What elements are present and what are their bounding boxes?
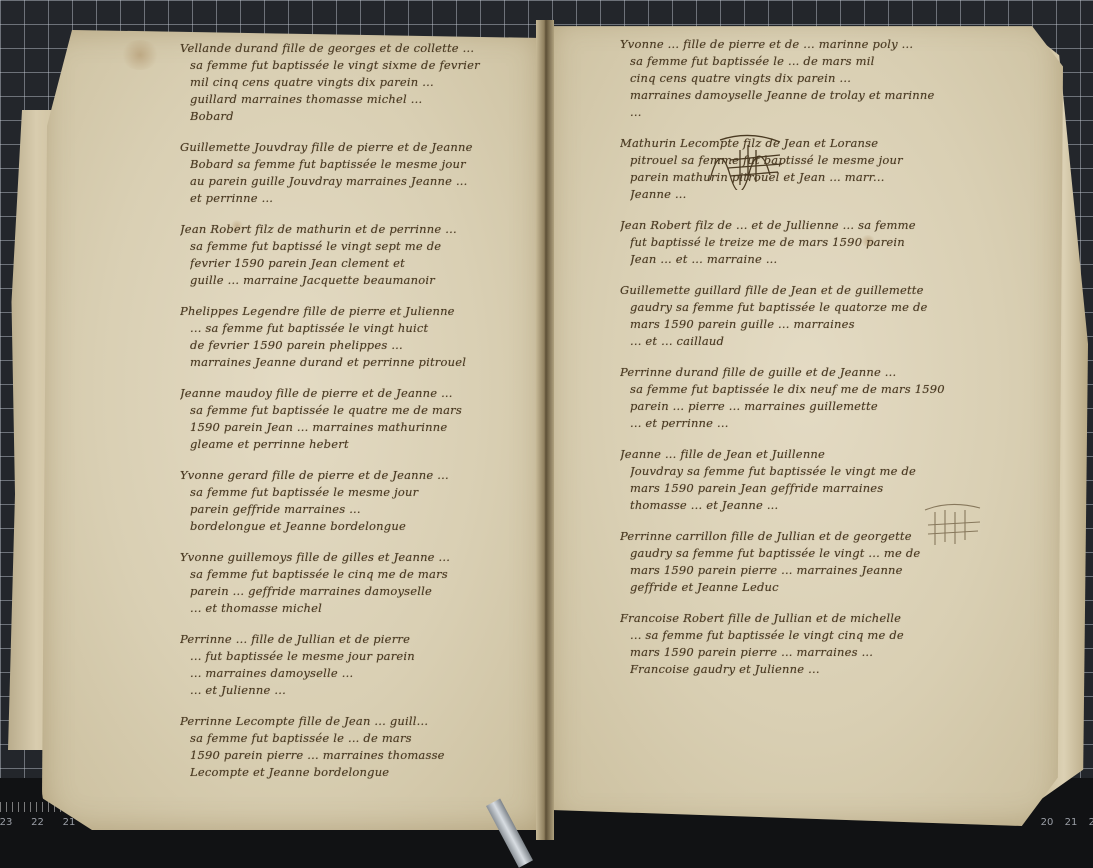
handwritten-line: parein geffride marraines ... [190,501,540,518]
handwritten-line: et perrinne ... [190,190,540,207]
baptism-entry: Jean Robert filz de mathurin et de perri… [190,221,540,289]
handwritten-line: Perrinne durand fille de guille et de Je… [620,364,1040,381]
paper-stain [120,40,160,70]
handwritten-line: Jeanne ... [630,186,1040,203]
handwritten-line: guille ... marraine Jacquette beaumanoir [190,272,540,289]
handwritten-line: sa femme fut baptissé le vingt sept me d… [190,238,540,255]
handwritten-line: Jean ... et ... marraine ... [630,251,1040,268]
baptism-entry: Phelippes Legendre fille de pierre et Ju… [190,303,540,371]
handwritten-line: sa femme fut baptissée le quatre me de m… [190,402,540,419]
handwritten-line: Jeanne maudoy fille de pierre et de Jean… [180,385,540,402]
right-page-entries: Yvonne ... fille de pierre et de ... mar… [630,36,1040,692]
handwritten-line: Jean Robert filz de mathurin et de perri… [180,221,540,238]
handwritten-line: gleame et perrinne hebert [190,436,540,453]
handwritten-line: sa femme fut baptissée le ... de mars mi… [630,53,1040,70]
baptism-entry: Perrinne Lecompte fille de Jean ... guil… [190,713,540,781]
handwritten-line: ... sa femme fut baptissée le vingt huic… [190,320,540,337]
handwritten-line: Yvonne gerard fille de pierre et de Jean… [180,467,540,484]
handwritten-line: ... et ... caillaud [630,333,1040,350]
handwritten-line: cinq cens quatre vingts dix parein ... [630,70,1040,87]
handwritten-line: Jean Robert filz de ... et de Jullienne … [620,217,1040,234]
baptism-entry: Yvonne ... fille de pierre et de ... mar… [630,36,1040,121]
handwritten-line: ... et thomasse michel [190,600,540,617]
baptism-entry: Perrinne ... fille de Jullian et de pier… [190,631,540,699]
handwritten-line: pitrouel sa femme fut baptissé le mesme … [630,152,1040,169]
handwritten-line: mars 1590 parein Jean geffride marraines [630,480,1040,497]
handwritten-line: Francoise gaudry et Julienne ... [630,661,1040,678]
handwritten-line: Jeanne ... fille de Jean et Juillenne [620,446,1040,463]
handwritten-line: sa femme fut baptissée le cinq me de mar… [190,566,540,583]
handwritten-line: mars 1590 parein pierre ... marraines ..… [630,644,1040,661]
handwritten-line: Guillemette guillard fille de Jean et de… [620,282,1040,299]
handwritten-line: Phelippes Legendre fille de pierre et Ju… [180,303,540,320]
handwritten-signature-mark [700,130,810,190]
baptism-entry: Francoise Robert fille de Jullian et de … [630,610,1040,678]
handwritten-line: mil cinq cens quatre vingts dix parein .… [190,74,540,91]
baptism-entry: Jeanne maudoy fille de pierre et de Jean… [190,385,540,453]
handwritten-line: mars 1590 parein pierre ... marraines Je… [630,562,1040,579]
handwritten-line: parein mathurin pitrouel et Jean ... mar… [630,169,1040,186]
handwritten-line: sa femme fut baptissée le ... de mars [190,730,540,747]
baptism-entry: Yvonne gerard fille de pierre et de Jean… [190,467,540,535]
handwritten-line: ... marraines damoyselle ... [190,665,540,682]
handwritten-line: mars 1590 parein guille ... marraines [630,316,1040,333]
handwritten-line: parein ... pierre ... marraines guilleme… [630,398,1040,415]
handwritten-line: Bobard [190,108,540,125]
handwritten-line: bordelongue et Jeanne bordelongue [190,518,540,535]
handwritten-line: Bobard sa femme fut baptissée le mesme j… [190,156,540,173]
handwritten-line: Jouvdray sa femme fut baptissée le vingt… [630,463,1040,480]
handwritten-line: au parein guille Jouvdray marraines Jean… [190,173,540,190]
handwritten-line: ... [630,104,1040,121]
handwritten-line: guillard marraines thomasse michel ... [190,91,540,108]
handwritten-line: sa femme fut baptissée le vingt sixme de… [190,57,540,74]
handwritten-line: fevrier 1590 parein Jean clement et [190,255,540,272]
handwritten-line: ... fut baptissée le mesme jour parein [190,648,540,665]
handwritten-line: ... sa femme fut baptissée le vingt cinq… [630,627,1040,644]
open-register-book: Vellande durand fille de georges et de c… [0,0,1093,868]
handwritten-line: parein ... geffride marraines damoyselle [190,583,540,600]
handwritten-line: Lecompte et Jeanne bordelongue [190,764,540,781]
baptism-entry: Yvonne guillemoys fille de gilles et Jea… [190,549,540,617]
handwritten-line: marraines damoyselle Jeanne de trolay et… [630,87,1040,104]
handwritten-line: sa femme fut baptissée le dix neuf me de… [630,381,1040,398]
handwritten-line: Perrinne ... fille de Jullian et de pier… [180,631,540,648]
handwritten-line: Yvonne guillemoys fille de gilles et Jea… [180,549,540,566]
handwritten-line: Yvonne ... fille de pierre et de ... mar… [620,36,1040,53]
handwritten-line: sa femme fut baptissée le mesme jour [190,484,540,501]
baptism-entry: Guillemette guillard fille de Jean et de… [630,282,1040,350]
handwritten-line: gaudry sa femme fut baptissée le quatorz… [630,299,1040,316]
handwritten-line: ... et perrinne ... [630,415,1040,432]
handwritten-line: Guillemette Jouvdray fille de pierre et … [180,139,540,156]
handwritten-line: Vellande durand fille de georges et de c… [180,40,540,57]
handwritten-line: Mathurin Lecompte filz de Jean et Lorans… [620,135,1040,152]
handwritten-line: geffride et Jeanne Leduc [630,579,1040,596]
baptism-entry: Jean Robert filz de ... et de Jullienne … [630,217,1040,268]
handwritten-line: marraines Jeanne durand et perrinne pitr… [190,354,540,371]
handwritten-line: Perrinne Lecompte fille de Jean ... guil… [180,713,540,730]
handwritten-line: 1590 parein Jean ... marraines mathurinn… [190,419,540,436]
baptism-entry: Perrinne durand fille de guille et de Je… [630,364,1040,432]
handwritten-line: fut baptissé le treize me de mars 1590 p… [630,234,1040,251]
left-page-entries: Vellande durand fille de georges et de c… [190,40,540,795]
baptism-entry: Vellande durand fille de georges et de c… [190,40,540,125]
handwritten-line: 1590 parein pierre ... marraines thomass… [190,747,540,764]
handwritten-line: Francoise Robert fille de Jullian et de … [620,610,1040,627]
baptism-entry: Mathurin Lecompte filz de Jean et Lorans… [630,135,1040,203]
handwritten-line: de fevrier 1590 parein phelippes ... [190,337,540,354]
baptism-entry: Guillemette Jouvdray fille de pierre et … [190,139,540,207]
handwritten-line: ... et Julienne ... [190,682,540,699]
handwritten-signature-mark [920,500,990,550]
